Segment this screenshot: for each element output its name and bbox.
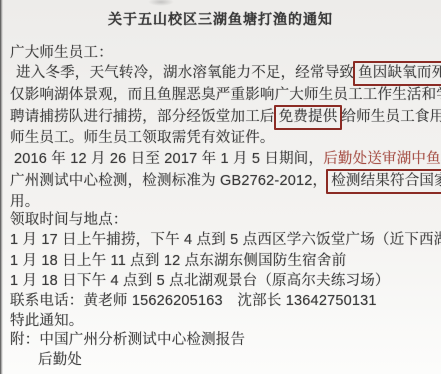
scan-edge-shadow <box>0 0 3 374</box>
signature-line: 后勤处 <box>38 351 441 370</box>
red-box-annotation-free-offer: 免费提供 <box>274 105 343 130</box>
body-text: 用。 <box>10 194 39 210</box>
body-line-6: 广州测试中心检测，检测标准为 GB2762-2012，检测结果符合国家标准，可食 <box>10 172 438 191</box>
body-text: 特此通知。 <box>10 313 84 329</box>
body-line-10: 1 月 18 日上午 11 点到 12 点东湖东侧国防生宿舍前 <box>10 252 438 271</box>
body-text: 广州测试中心检测，检测标准为 GB2762-2012， <box>10 173 327 189</box>
body-line-8: 领取时间与地点： <box>10 211 438 230</box>
body-line-7: 用。 <box>10 193 438 212</box>
body-text: 联系电话：黄老师 15626205163 沈部长 13642750131 <box>10 293 377 309</box>
body-line-3: 聘请捕捞队进行捕捞，部分经饭堂加工后免费提供给师生员工食用，部分发放给 <box>10 108 438 127</box>
body-text: 聘请捕捞队进行捕捞，部分经饭堂加工后 <box>10 109 275 125</box>
body-text: 进入冬季，天气转冷，湖水溶氧能力不足，经常导致 <box>16 65 354 81</box>
body-text: 1 月 18 日下午 4 点到 5 点北湖观景台（原高尔夫练习场） <box>10 273 390 289</box>
body-text: 1 月 18 日上午 11 点到 12 点东湖东侧国防生宿舍前 <box>10 253 346 269</box>
body-line-14-attachment: 附：中国广州分析测试中心检测报告 <box>10 331 438 350</box>
body-text: 仅影响湖体景观，而且鱼腥恶臭严重影响广大师生员工工作生活和学习。后勤处 <box>10 87 441 103</box>
body-text: 领取时间与地点： <box>10 212 128 228</box>
body-line-2: 仅影响湖体景观，而且鱼腥恶臭严重影响广大师生员工工作生活和学习。后勤处 <box>10 86 438 105</box>
scan-smudge <box>148 0 174 6</box>
body-line-9: 1 月 17 日上午捕捞，下午 4 点到 5 点西区学六饭堂广场（近下西湖） <box>10 231 438 250</box>
body-line-4: 师生员工。师生员工领取需凭有效证件。 <box>10 129 438 148</box>
red-box-annotation-fish-died: 鱼因缺氧而死 <box>353 61 441 86</box>
notice-title: 关于五山校区三湖鱼塘打渔的通知 <box>0 9 441 29</box>
body-line-13: 特此通知。 <box>10 312 438 331</box>
body-line-5: 2016 年 12 月 26 日至 2017 年 1 月 5 日期间，后勤处送审… <box>10 150 441 169</box>
body-text: 师生员工。师生员工领取需凭有效证件。 <box>10 130 275 146</box>
body-line-12-contact: 联系电话：黄老师 15626205163 沈部长 13642750131 <box>10 292 438 311</box>
body-line-1: 进入冬季，天气转冷，湖水溶氧能力不足，经常导致鱼因缺氧而死，此现象不 <box>10 64 441 83</box>
body-text: 1 月 17 日上午捕捞，下午 4 点到 5 点西区学六饭堂广场（近下西湖） <box>10 232 441 248</box>
body-text: 附：中国广州分析测试中心检测报告 <box>10 332 245 348</box>
red-highlight-text-sample-sent: 后勤处送审湖中鱼样本至中国 <box>323 151 441 167</box>
notice-document: 关于五山校区三湖鱼塘打渔的通知 广大师生员工： 进入冬季，天气转冷，湖水溶氧能力… <box>0 0 441 374</box>
body-text: 2016 年 12 月 26 日至 2017 年 1 月 5 日期间， <box>14 151 323 167</box>
body-line-11: 1 月 18 日下午 4 点到 5 点北湖观景台（原高尔夫练习场） <box>10 272 438 291</box>
body-text: 给师生员工食用，部分发放给 <box>341 109 441 125</box>
red-box-annotation-test-passed: 检测结果符合国家标准 <box>326 169 441 194</box>
